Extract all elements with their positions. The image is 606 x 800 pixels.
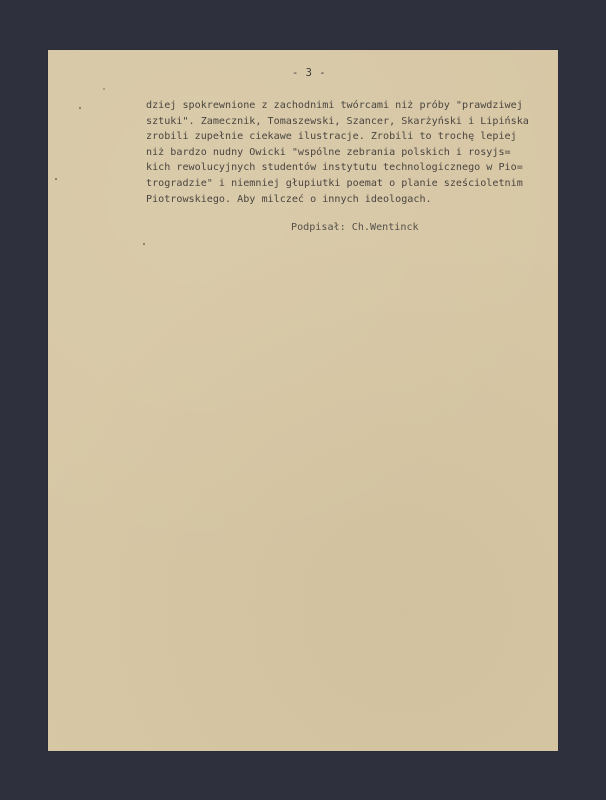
paper-speck — [143, 243, 145, 245]
text-line: dziej spokrewnione z zachodnimi twórcami… — [146, 98, 566, 114]
paper-speck — [55, 178, 57, 180]
signature-line: Podpisał: Ch.Wentinck — [291, 222, 419, 233]
page-number: - 3 - — [292, 67, 326, 79]
text-line: zrobili zupełnie ciekawe ilustracje. Zro… — [146, 129, 566, 145]
text-line: trogradzie" i niemniej głupiutki poemat … — [146, 176, 566, 192]
paper-speck — [103, 88, 105, 90]
paper-speck — [79, 107, 81, 109]
document-body: dziej spokrewnione z zachodnimi twórcami… — [146, 98, 566, 207]
text-line: Piotrowskiego. Aby milczeć o innych ideo… — [146, 192, 566, 208]
text-line: sztuki". Zamecznik, Tomaszewski, Szancer… — [146, 114, 566, 130]
text-line: kich rewolucyjnych studentów instytutu t… — [146, 160, 566, 176]
text-line: niż bardzo nudny Owicki "wspólne zebrani… — [146, 145, 566, 161]
